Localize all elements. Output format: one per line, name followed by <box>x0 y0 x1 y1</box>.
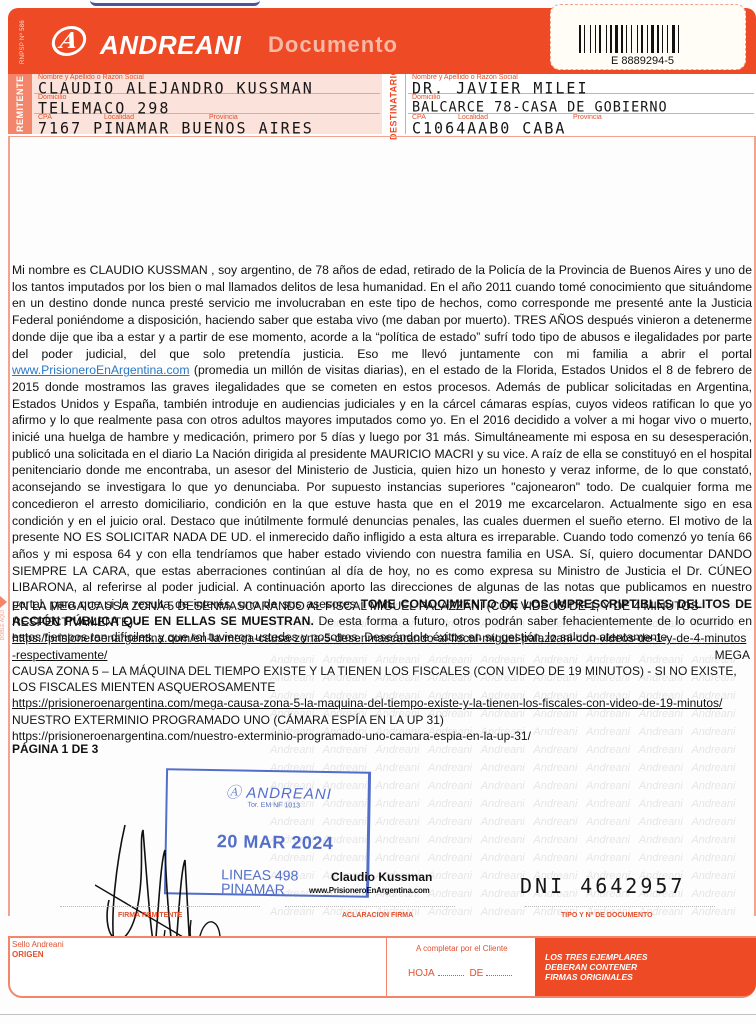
notice-line: FIRMAS ORIGINALES <box>545 972 648 982</box>
letter-paragraph: (promedia un millón de visitas diarias),… <box>12 363 752 611</box>
notice-line: DEBERAN CONTENER <box>545 962 648 972</box>
letter-paragraph: Mi nombre es CLAUDIO KUSSMAN , soy argen… <box>12 263 752 361</box>
document-label: TIPO Y Nº DE DOCUMENTO <box>561 912 653 919</box>
shipping-document: RNPSP Nº 586 A ANDREANI Documento E 8889… <box>0 0 756 1024</box>
ink-stroke <box>90 0 260 6</box>
article-item: MEGA CAUSA ZONA 5 – LA MÁQUINA DEL TIEMP… <box>12 647 750 712</box>
signature-line <box>60 906 260 907</box>
tracking-number: E 8889294-5 <box>611 55 674 67</box>
article-title-prefix: MEGA <box>12 647 750 663</box>
article-title: EN LA MEGA CAUSA ZONA 5 DESENMASCARANDO … <box>12 598 750 630</box>
article-item: NUESTRO EXTERMINIO PROGRAMADO UNO (CÁMAR… <box>12 712 750 744</box>
sender-section: REMITENTE Nombre y Apellido o Razón Soci… <box>8 74 382 134</box>
document-line <box>525 906 715 907</box>
footer-box: Sello Andreani ORIGEN A completar por el… <box>8 936 756 998</box>
sender-cpa-row: CPA Localidad Provincia 7167 PINAMAR BUE… <box>34 114 380 134</box>
clarification-label: ACLARACION FIRMA <box>342 912 413 919</box>
article-title: NUESTRO EXTERMINIO PROGRAMADO UNO (CÁMAR… <box>12 712 750 728</box>
sender-cpa-locality-province: 7167 PINAMAR BUENOS AIRES <box>38 118 314 137</box>
recipient-section: DESTINATARIO Nombre y Apellido o Razón S… <box>382 74 756 134</box>
fold-arrow-icon <box>0 596 7 608</box>
hoja-field[interactable] <box>438 975 464 976</box>
signature-label: FIRMA REMITENTE <box>118 912 182 919</box>
sheet-counter: HOJA DE <box>408 968 515 979</box>
notice-box: LOS TRES EJEMPLARES DEBERAN CONTENER FIR… <box>535 938 756 996</box>
portal-link[interactable]: www.PrisioneroEnArgentina.com <box>12 363 189 377</box>
clarification-web: www.PrisioneroEnArgentina.com <box>309 886 430 895</box>
province-label: Provincia <box>573 114 602 121</box>
article-url[interactable]: https://prisioneroenargentina.com/nuestr… <box>12 728 750 744</box>
fold-here-label: DOBLE AQUI <box>0 610 6 640</box>
recipient-address-row: Domicilio BALCARCE 78-CASA DE GOBIERNO <box>408 94 754 114</box>
sender-address-row: Domicilio TELEMACO 298 <box>34 94 380 114</box>
clarification-name: Claudio Kussman <box>331 870 432 884</box>
barcode-label: E 8889294-5 <box>550 4 746 70</box>
article-title: CAUSA ZONA 5 – LA MÁQUINA DEL TIEMPO EXI… <box>12 663 750 695</box>
notice-line: LOS TRES EJEMPLARES <box>545 952 648 962</box>
origen-label: ORIGEN <box>12 950 44 959</box>
page-indicator: PÁGINA 1 DE 3 <box>12 742 98 756</box>
document-number: DNI 4642957 <box>520 874 685 898</box>
de-field[interactable] <box>486 975 512 976</box>
article-url[interactable]: https://prisioneroenargentina.com/mega-c… <box>12 695 750 711</box>
recipient-cpa-row: CPA Localidad Provincia C1064AAB0 CABA <box>408 114 754 134</box>
cliente-label: A completar por el Cliente <box>416 944 508 953</box>
stamp-sub: Tor. EM NF 1013 <box>247 802 300 810</box>
notice-text: LOS TRES EJEMPLARES DEBERAN CONTENER FIR… <box>545 952 648 982</box>
recipient-cpa-locality-province: C1064AAB0 CABA <box>412 118 566 137</box>
page-edge <box>0 1014 756 1015</box>
article-list: EN LA MEGA CAUSA ZONA 5 DESENMASCARANDO … <box>12 598 750 744</box>
sender-label: REMITENTE <box>8 74 32 134</box>
clarification-line <box>285 906 455 907</box>
recipient-label: DESTINATARIO <box>382 74 406 134</box>
rnpsp-number: RNPSP Nº 586 <box>20 20 26 64</box>
sello-label: Sello Andreani <box>12 940 64 949</box>
de-label: DE <box>469 968 483 979</box>
hoja-label: HOJA <box>408 968 435 979</box>
sender-name-row: Nombre y Apellido o Razón Social CLAUDIO… <box>34 74 380 94</box>
letter-body: Mi nombre es CLAUDIO KUSSMAN , soy argen… <box>12 262 752 646</box>
recipient-name-row: Nombre y Apellido o Razón Social DR. JAV… <box>408 74 754 94</box>
document-type: Documento <box>268 32 398 58</box>
andreani-logo-icon: A <box>49 26 88 56</box>
barcode-icon <box>579 25 729 53</box>
footer-divider <box>386 938 387 996</box>
stamp-brand: ANDREANI <box>246 785 332 803</box>
brand-name: ANDREANI <box>100 30 241 61</box>
